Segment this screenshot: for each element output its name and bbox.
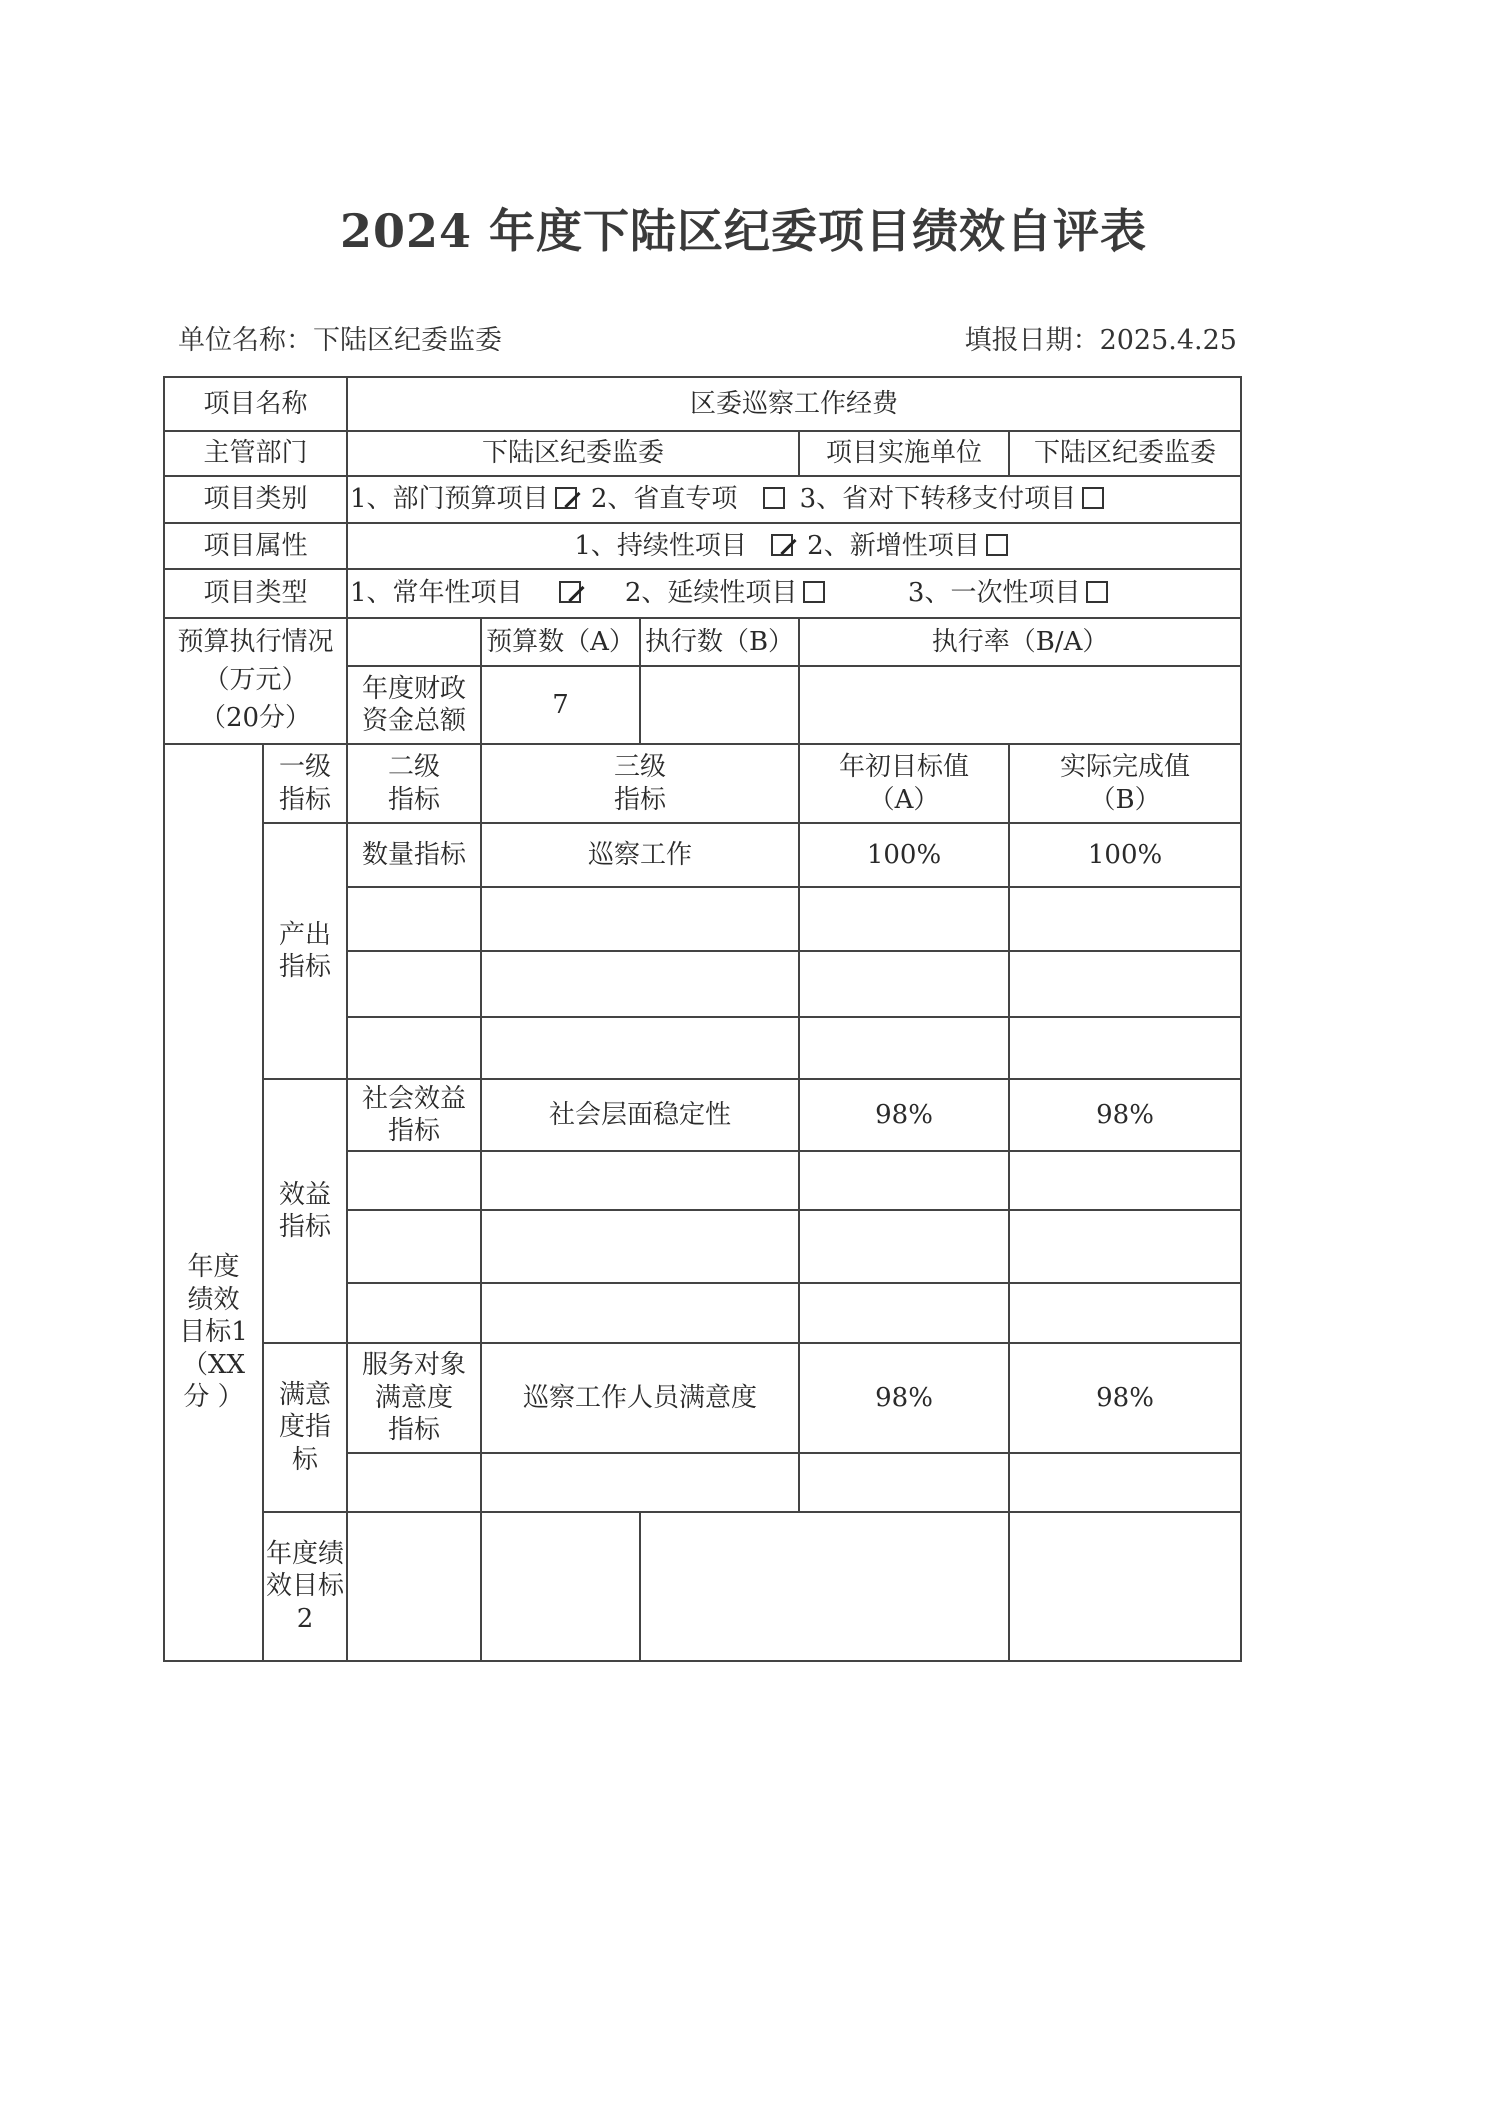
satisfaction-indicator-label: 满意 度指 标: [263, 1343, 347, 1512]
level2-cell: [347, 1283, 481, 1343]
category-option-2[interactable]: 2、省直专项: [591, 484, 800, 514]
checkbox-icon[interactable]: [763, 487, 785, 509]
actual-cell: 98%: [1009, 1079, 1241, 1151]
level2-cell: [347, 1017, 481, 1079]
level2-cell: [347, 951, 481, 1017]
unit-name: 单位名称：下陆区纪委监委: [178, 318, 502, 357]
target-cell: [799, 1283, 1009, 1343]
dept-label: 主管部门: [164, 431, 347, 476]
type-option-1[interactable]: 1、常年性项目: [350, 578, 625, 608]
performance-form-table: 项目名称 区委巡察工作经费 主管部门 下陆区纪委监委 项目实施单位 下陆区纪委监…: [163, 376, 1242, 1662]
level3-cell: [481, 1453, 799, 1512]
level2-cell: [347, 1210, 481, 1283]
report-date: 填报日期：2025.4.25: [965, 318, 1237, 357]
page-title: 2024 年度下陆区纪委项目绩效自评表: [0, 195, 1487, 261]
level2-cell: [347, 887, 481, 951]
actual-cell: [1009, 1453, 1241, 1512]
row-budget-header: 预算执行情况 （万元） （20分） 预算数（A） 执行数（B） 执行率（B/A）: [164, 618, 1241, 666]
level2-cell: 数量指标: [347, 823, 481, 887]
actual-cell: [1009, 1283, 1241, 1343]
actual-cell: [1009, 887, 1241, 951]
checkbox-icon[interactable]: [986, 534, 1008, 556]
row-attribute: 项目属性 1、持续性项目 2、新增性项目: [164, 523, 1241, 569]
level3-cell: [481, 1283, 799, 1343]
row-project-name: 项目名称 区委巡察工作经费: [164, 377, 1241, 431]
output-indicator-label: 产出 指标: [263, 823, 347, 1079]
level3-cell: 巡察工作人员满意度: [481, 1343, 799, 1453]
exec-rate-value: [799, 666, 1241, 744]
header-level2: 二级 指标: [347, 744, 481, 823]
header-actual: 实际完成值 （B）: [1009, 744, 1241, 823]
row-indicator-header: 年度 绩效 目标1 （XX 分 ） 一级 指标 二级 指标 三级 指标 年初目标…: [164, 744, 1241, 823]
attribute-label: 项目属性: [164, 523, 347, 569]
category-option-3[interactable]: 3、省对下转移支付项目: [800, 484, 1111, 514]
header-level1: 一级 指标: [263, 744, 347, 823]
benefit-indicator-label: 效益 指标: [263, 1079, 347, 1343]
col-budget-amount: 预算数（A）: [481, 618, 640, 666]
target-cell: 98%: [799, 1079, 1009, 1151]
budget-section-label: 预算执行情况 （万元） （20分）: [164, 618, 347, 744]
row-department: 主管部门 下陆区纪委监委 项目实施单位 下陆区纪委监委: [164, 431, 1241, 476]
project-name-label: 项目名称: [164, 377, 347, 431]
col-exec-rate: 执行率（B/A）: [799, 618, 1241, 666]
actual-cell: [1009, 1151, 1241, 1210]
category-options: 1、部门预算项目 2、省直专项 3、省对下转移支付项目: [347, 476, 1241, 523]
category-option-1[interactable]: 1、部门预算项目: [350, 484, 591, 514]
goal2-level2-cell: [481, 1512, 640, 1661]
actual-cell: 98%: [1009, 1343, 1241, 1453]
level3-cell: 巡察工作: [481, 823, 799, 887]
row-annual-goal-2: 年度绩 效目标 2: [164, 1512, 1241, 1661]
col-exec-amount: 执行数（B）: [640, 618, 799, 666]
attribute-option-2[interactable]: 2、新增性项目: [807, 531, 1014, 561]
actual-cell: 100%: [1009, 823, 1241, 887]
level3-cell: [481, 1151, 799, 1210]
target-cell: [799, 951, 1009, 1017]
attribute-options: 1、持续性项目 2、新增性项目: [347, 523, 1241, 569]
output-row: 产出 指标 数量指标 巡察工作 100% 100%: [164, 823, 1241, 887]
target-cell: [799, 1210, 1009, 1283]
row-category: 项目类别 1、部门预算项目 2、省直专项 3、省对下转移支付项目: [164, 476, 1241, 523]
checked-checkbox-icon[interactable]: [559, 581, 581, 603]
category-label: 项目类别: [164, 476, 347, 523]
goal2-level1-cell: [347, 1512, 481, 1661]
annual-goal-2-label: 年度绩 效目标 2: [263, 1512, 347, 1661]
row-type: 项目类型 1、常年性项目 2、延续性项目 3、一次性项目: [164, 569, 1241, 618]
checked-checkbox-icon[interactable]: [555, 487, 577, 509]
budget-amount-value: 7: [481, 666, 640, 744]
level3-cell: [481, 951, 799, 1017]
impl-unit-label: 项目实施单位: [799, 431, 1009, 476]
actual-cell: [1009, 1210, 1241, 1283]
checkbox-icon[interactable]: [1082, 487, 1104, 509]
level3-cell: 社会层面稳定性: [481, 1079, 799, 1151]
impl-unit-value: 下陆区纪委监委: [1009, 431, 1241, 476]
target-cell: [799, 1453, 1009, 1512]
type-option-2[interactable]: 2、延续性项目: [625, 578, 840, 608]
level3-cell: [481, 1017, 799, 1079]
header-target: 年初目标值 （A）: [799, 744, 1009, 823]
target-cell: 98%: [799, 1343, 1009, 1453]
type-label: 项目类型: [164, 569, 347, 618]
type-option-3[interactable]: 3、一次性项目: [908, 578, 1115, 608]
goal2-level3-cell: [640, 1512, 1009, 1661]
target-cell: [799, 1151, 1009, 1210]
level2-cell: 社会效益 指标: [347, 1079, 481, 1151]
target-cell: [799, 887, 1009, 951]
checked-checkbox-icon[interactable]: [771, 534, 793, 556]
actual-cell: [1009, 951, 1241, 1017]
project-name-value: 区委巡察工作经费: [347, 377, 1241, 431]
annual-goal-1-label: 年度 绩效 目标1 （XX 分 ）: [164, 744, 263, 1661]
level2-cell: [347, 1453, 481, 1512]
level3-cell: [481, 887, 799, 951]
checkbox-icon[interactable]: [1086, 581, 1108, 603]
satisfaction-row: 满意 度指 标 服务对象 满意度 指标 巡察工作人员满意度 98% 98%: [164, 1343, 1241, 1453]
level3-cell: [481, 1210, 799, 1283]
header-level3: 三级 指标: [481, 744, 799, 823]
checkbox-icon[interactable]: [803, 581, 825, 603]
level2-cell: 服务对象 满意度 指标: [347, 1343, 481, 1453]
level2-cell: [347, 1151, 481, 1210]
annual-fiscal-total-label: 年度财政 资金总额: [347, 666, 481, 744]
budget-blank-cell: [347, 618, 481, 666]
type-options: 1、常年性项目 2、延续性项目 3、一次性项目: [347, 569, 1241, 618]
dept-value: 下陆区纪委监委: [347, 431, 799, 476]
attribute-option-1[interactable]: 1、持续性项目: [574, 531, 807, 561]
actual-cell: [1009, 1017, 1241, 1079]
target-cell: [799, 1017, 1009, 1079]
benefit-row: 效益 指标 社会效益 指标 社会层面稳定性 98% 98%: [164, 1079, 1241, 1151]
exec-amount-value: [640, 666, 799, 744]
goal2-target-cell: [1009, 1512, 1241, 1661]
target-cell: 100%: [799, 823, 1009, 887]
